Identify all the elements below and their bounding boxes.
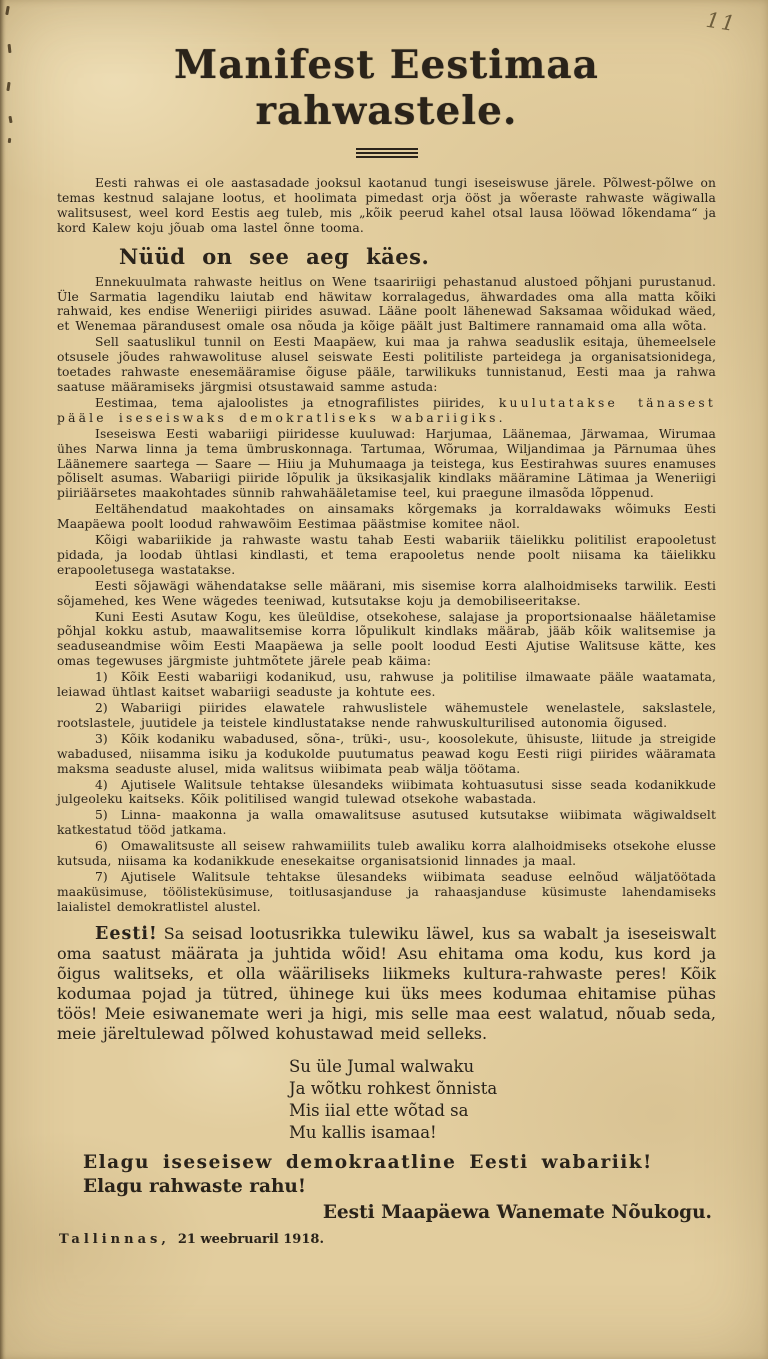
verse-line: Ja wõtku rohkest õnnista bbox=[289, 1078, 716, 1100]
verse-line: Mis iial ette wõtad sa bbox=[289, 1100, 716, 1122]
verse-line: Su üle Jumal walwaku bbox=[289, 1056, 716, 1078]
title-divider bbox=[356, 148, 418, 158]
paragraph-army: Eesti sõjawägi wähendatakse selle määran… bbox=[57, 579, 716, 609]
list-item-number: 7) bbox=[95, 870, 108, 884]
slogan-peace: Elagu rahwaste rahu! bbox=[83, 1176, 716, 1197]
list-item-number: 1) bbox=[95, 670, 108, 684]
paragraph-neutrality: Kõigi wabariikide ja rahwaste wastu taha… bbox=[57, 533, 716, 578]
dateline-place: Tallinnas, bbox=[59, 1232, 170, 1247]
list-item-text: Ajutisele Walitsule tehtakse ülesandeks … bbox=[57, 778, 716, 807]
document-content: Manifest Eestimaa rahwastele. Eesti rahw… bbox=[0, 0, 768, 1247]
list-item-text: Omawalitsuste all seisew rahwamiilits tu… bbox=[57, 839, 716, 868]
list-item-text: Kõik kodaniku wabadused, sõna-, trüki-, … bbox=[57, 732, 716, 776]
declaration-paragraph: Eestimaa, tema ajaloolistes ja etnografi… bbox=[57, 396, 716, 426]
list-item-text: Kõik Eesti wabariigi kodanikud, usu, rah… bbox=[57, 670, 716, 699]
list-item-number: 3) bbox=[95, 732, 108, 746]
paragraph-borders: Iseseiswa Eesti wabariigi piiridesse kuu… bbox=[57, 427, 716, 502]
intro-paragraph: Eesti rahwas ei ole aastasadade jooksul … bbox=[57, 176, 716, 236]
slogan-republic: Elagu iseseisew demokraatline Eesti waba… bbox=[83, 1152, 716, 1173]
paragraph-chaos: Ennekuulmata rahwaste heitlus on Wene ts… bbox=[57, 275, 716, 335]
list-item: 3)Kõik kodaniku wabadused, sõna-, trüki-… bbox=[57, 732, 716, 777]
list-item: 2)Wabariigi piirides elawatele rahwuslis… bbox=[57, 701, 716, 731]
page-number-annotation: 11 bbox=[704, 8, 738, 37]
closing-appeal-lead: Eesti! bbox=[95, 924, 158, 944]
dateline: Tallinnas,21 weebruaril 1918. bbox=[59, 1232, 716, 1247]
declaration-lead: Eestimaa, tema ajaloolistes ja etnografi… bbox=[95, 396, 499, 410]
verse-line: Mu kallis isamaa! bbox=[289, 1122, 716, 1144]
list-item: 5)Linna- maakonna ja walla omawalitsuse … bbox=[57, 808, 716, 838]
paragraph-assembly: Kuni Eesti Asutaw Kogu, kes üleüldise, o… bbox=[57, 610, 716, 670]
list-item-text: Wabariigi piirides elawatele rahwusliste… bbox=[57, 701, 716, 730]
section-heading: Nüüd on see aeg käes. bbox=[119, 244, 716, 269]
signature-line: Eesti Maapäewa Wanemate Nõukogu. bbox=[57, 1202, 712, 1223]
blessing-verse: Su üle Jumal walwaku Ja wõtku rohkest õn… bbox=[289, 1056, 716, 1144]
list-item: 6)Omawalitsuste all seisew rahwamiilits … bbox=[57, 839, 716, 869]
paper-binding-edge bbox=[0, 0, 6, 1359]
closing-appeal-paragraph: Eesti!Sa seisad lootusrikka tulewiku läw… bbox=[57, 924, 716, 1044]
dateline-date: 21 weebruaril 1918. bbox=[178, 1232, 324, 1247]
list-item: 4)Ajutisele Walitsule tehtakse ülesandek… bbox=[57, 778, 716, 808]
list-item-number: 2) bbox=[95, 701, 108, 715]
list-item-text: Ajutisele Walitsule tehtakse ülesandeks … bbox=[57, 870, 716, 914]
binding-mark bbox=[8, 138, 12, 143]
list-item: 7)Ajutisele Walitsule tehtakse ülesandek… bbox=[57, 870, 716, 915]
list-item-number: 5) bbox=[95, 808, 108, 822]
list-item-text: Linna- maakonna ja walla omawalitsuse as… bbox=[57, 808, 716, 837]
document-page: 11 Manifest Eestimaa rahwastele. Eesti r… bbox=[0, 0, 768, 1359]
list-item-number: 4) bbox=[95, 778, 108, 792]
paragraph-fateful-hour: Sell saatuslikul tunnil on Eesti Maapäew… bbox=[57, 335, 716, 395]
document-title: Manifest Eestimaa rahwastele. bbox=[57, 42, 716, 134]
list-item: 1)Kõik Eesti wabariigi kodanikud, usu, r… bbox=[57, 670, 716, 700]
list-item-number: 6) bbox=[95, 839, 108, 853]
paragraph-committee: Eeltähendatud maakohtades on ainsamaks k… bbox=[57, 502, 716, 532]
